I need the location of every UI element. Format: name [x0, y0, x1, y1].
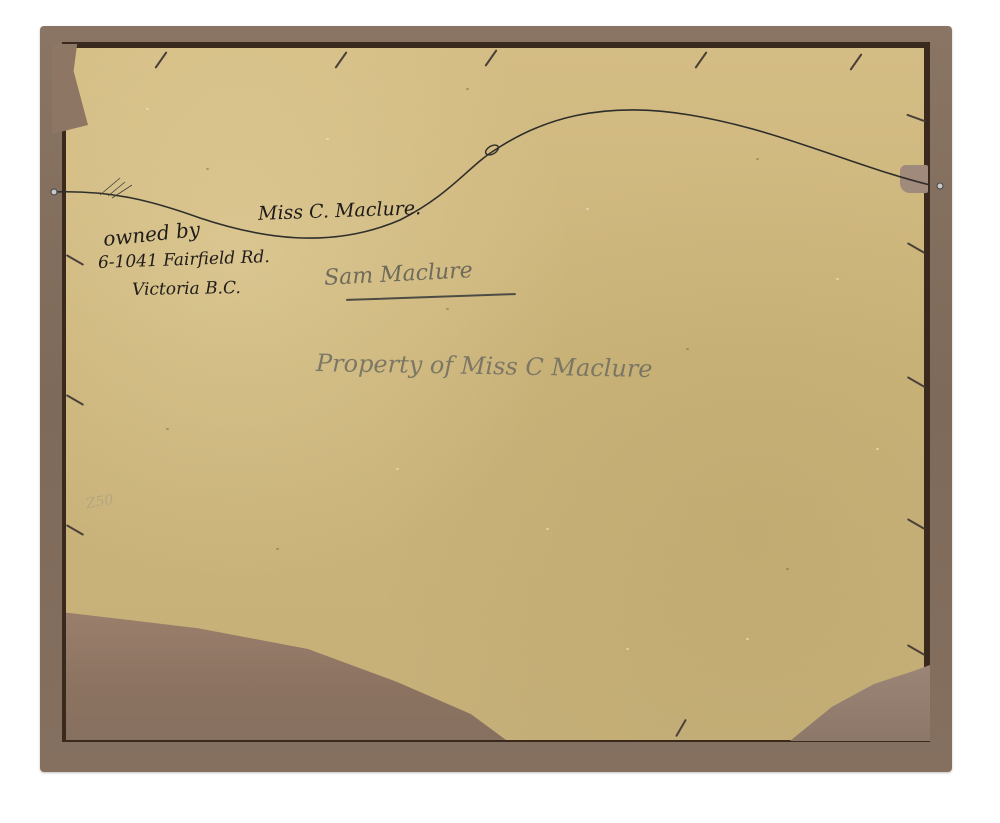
hanging-wire — [0, 0, 1000, 823]
inscription-city: Victoria B.C. — [132, 278, 241, 300]
property-inscription: Property of Miss C Maclure — [316, 349, 653, 383]
